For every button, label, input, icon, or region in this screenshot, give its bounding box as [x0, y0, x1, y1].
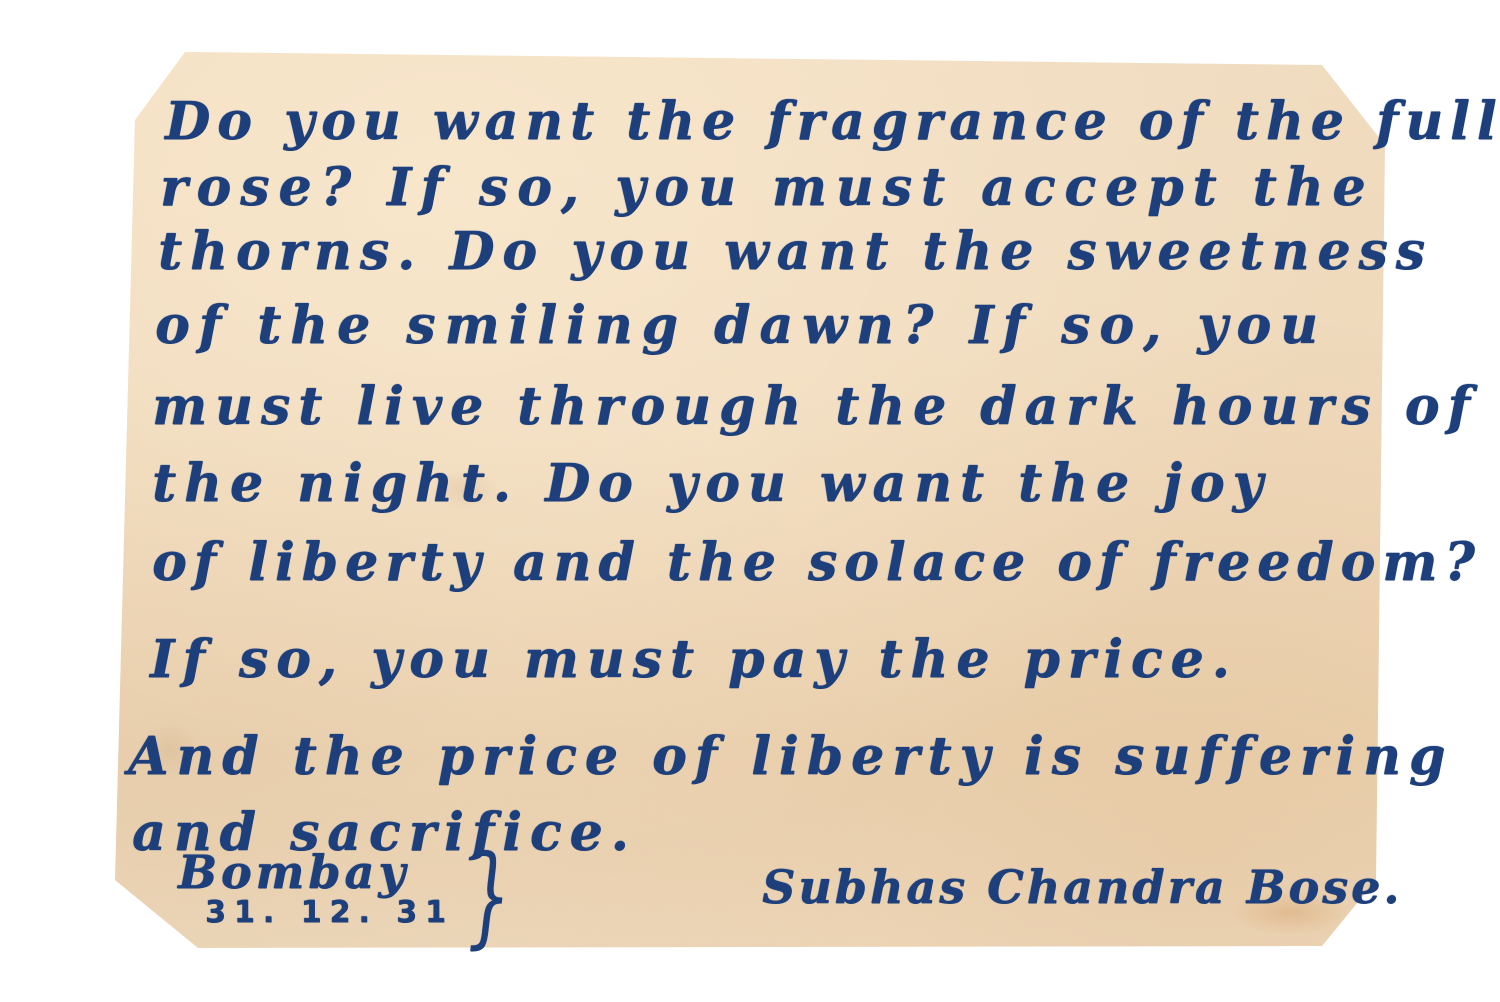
- note-line-6: the night. Do you want the joy: [152, 454, 1271, 514]
- note-line-8: If so, you must pay the price.: [150, 630, 1238, 690]
- note-line-2: rose? If so, you must accept the: [160, 158, 1375, 218]
- note-line-3: thorns. Do you want the sweetness: [158, 222, 1433, 282]
- note-date: 31. 12. 31: [205, 895, 454, 930]
- photo-stage: Do you want the fragrance of the full-bl…: [0, 0, 1500, 1002]
- note-line-5: must live through the dark hours of: [152, 377, 1478, 437]
- closing-brace: }: [468, 840, 510, 950]
- note-line-7: of liberty and the solace of freedom?: [152, 533, 1482, 593]
- note-line-9: And the price of liberty is suffering: [128, 727, 1453, 787]
- signature: Subhas Chandra Bose.: [762, 860, 1402, 914]
- note-line-1: Do you want the fragrance of the full-bl…: [165, 92, 1500, 152]
- note-line-4: of the smiling dawn? If so, you: [155, 296, 1327, 356]
- place-name: Bombay: [178, 845, 409, 899]
